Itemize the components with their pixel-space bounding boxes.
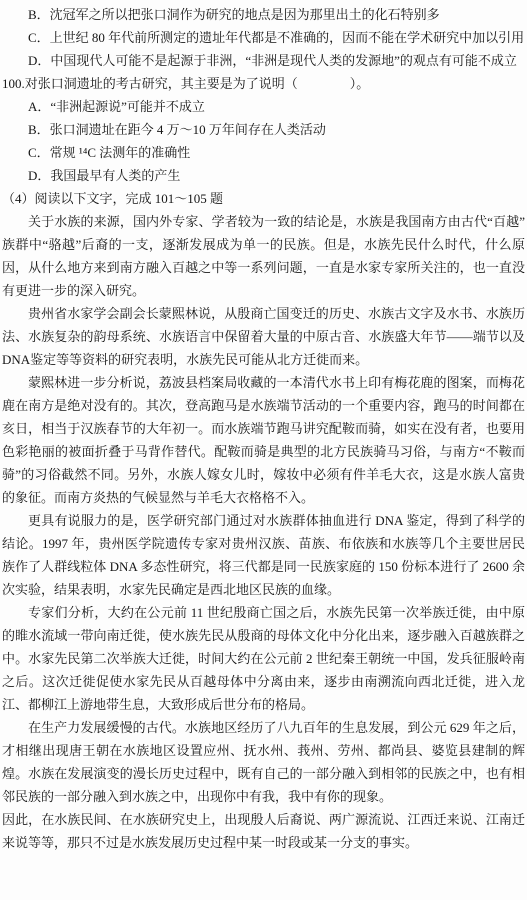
prev-question-option-c: C．上世纪 80 年代前所测定的遗址年代都是不准确的，因而不能在学术研究中加以引…	[2, 26, 525, 49]
question-100-option-d: D．我国最早有人类的产生	[2, 164, 525, 187]
passage-paragraph-1: 关于水族的来源，国内外专家、学者较为一致的结论是，水族是我国南方由古代“百越”族…	[2, 210, 525, 302]
passage-paragraph-7-conclusion: 因此，在水族民间、在水族研究史上，出现殷人后裔说、两广源流说、江西迁来说、江南迁…	[2, 808, 525, 854]
passage-paragraph-4: 更具有说服力的是，医学研究部门通过对水族群体抽血进行 DNA 鉴定，得到了科学的…	[2, 509, 525, 601]
question-100-stem: 100.对张口洞遗址的考古研究，其主要是为了说明（ ）。	[2, 72, 525, 95]
passage-paragraph-3: 蒙熙林进一步分析说，荔波县档案局收藏的一本清代水书上印有梅花鹿的图案，而梅花鹿在…	[2, 371, 525, 509]
prev-question-option-b: B．沈冠军之所以把张口洞作为研究的地点是因为那里出土的化石特别多	[2, 3, 525, 26]
passage-paragraph-2: 贵州省水家学会副会长蒙熙林说，从殷商亡国变迁的历史、水族古文字及水书、水族历法、…	[2, 302, 525, 371]
section-4-instruction: （4）阅读以下文字，完成 101～105 题	[2, 187, 525, 210]
prev-question-option-d: D．中国现代人可能不是起源于非洲，“非洲是现代人类的发源地”的观点有可能不成立	[2, 49, 525, 72]
passage-paragraph-6: 在生产力发展缓慢的古代。水族地区经历了八九百年的生息发展，到公元 629 年之后…	[2, 716, 525, 808]
question-100-option-a: A．“非洲起源说”可能并不成立	[2, 95, 525, 118]
passage-paragraph-5: 专家们分析，大约在公元前 11 世纪殷商亡国之后，水族先民第一次举族迁徙，由中原…	[2, 601, 525, 716]
question-100-option-b: B．张口洞遗址在距今 4 万～10 万年间存在人类活动	[2, 118, 525, 141]
question-100-option-c: C．常规 ¹⁴C 法测年的准确性	[2, 141, 525, 164]
document-page: B．沈冠军之所以把张口洞作为研究的地点是因为那里出土的化石特别多 C．上世纪 8…	[0, 0, 527, 900]
